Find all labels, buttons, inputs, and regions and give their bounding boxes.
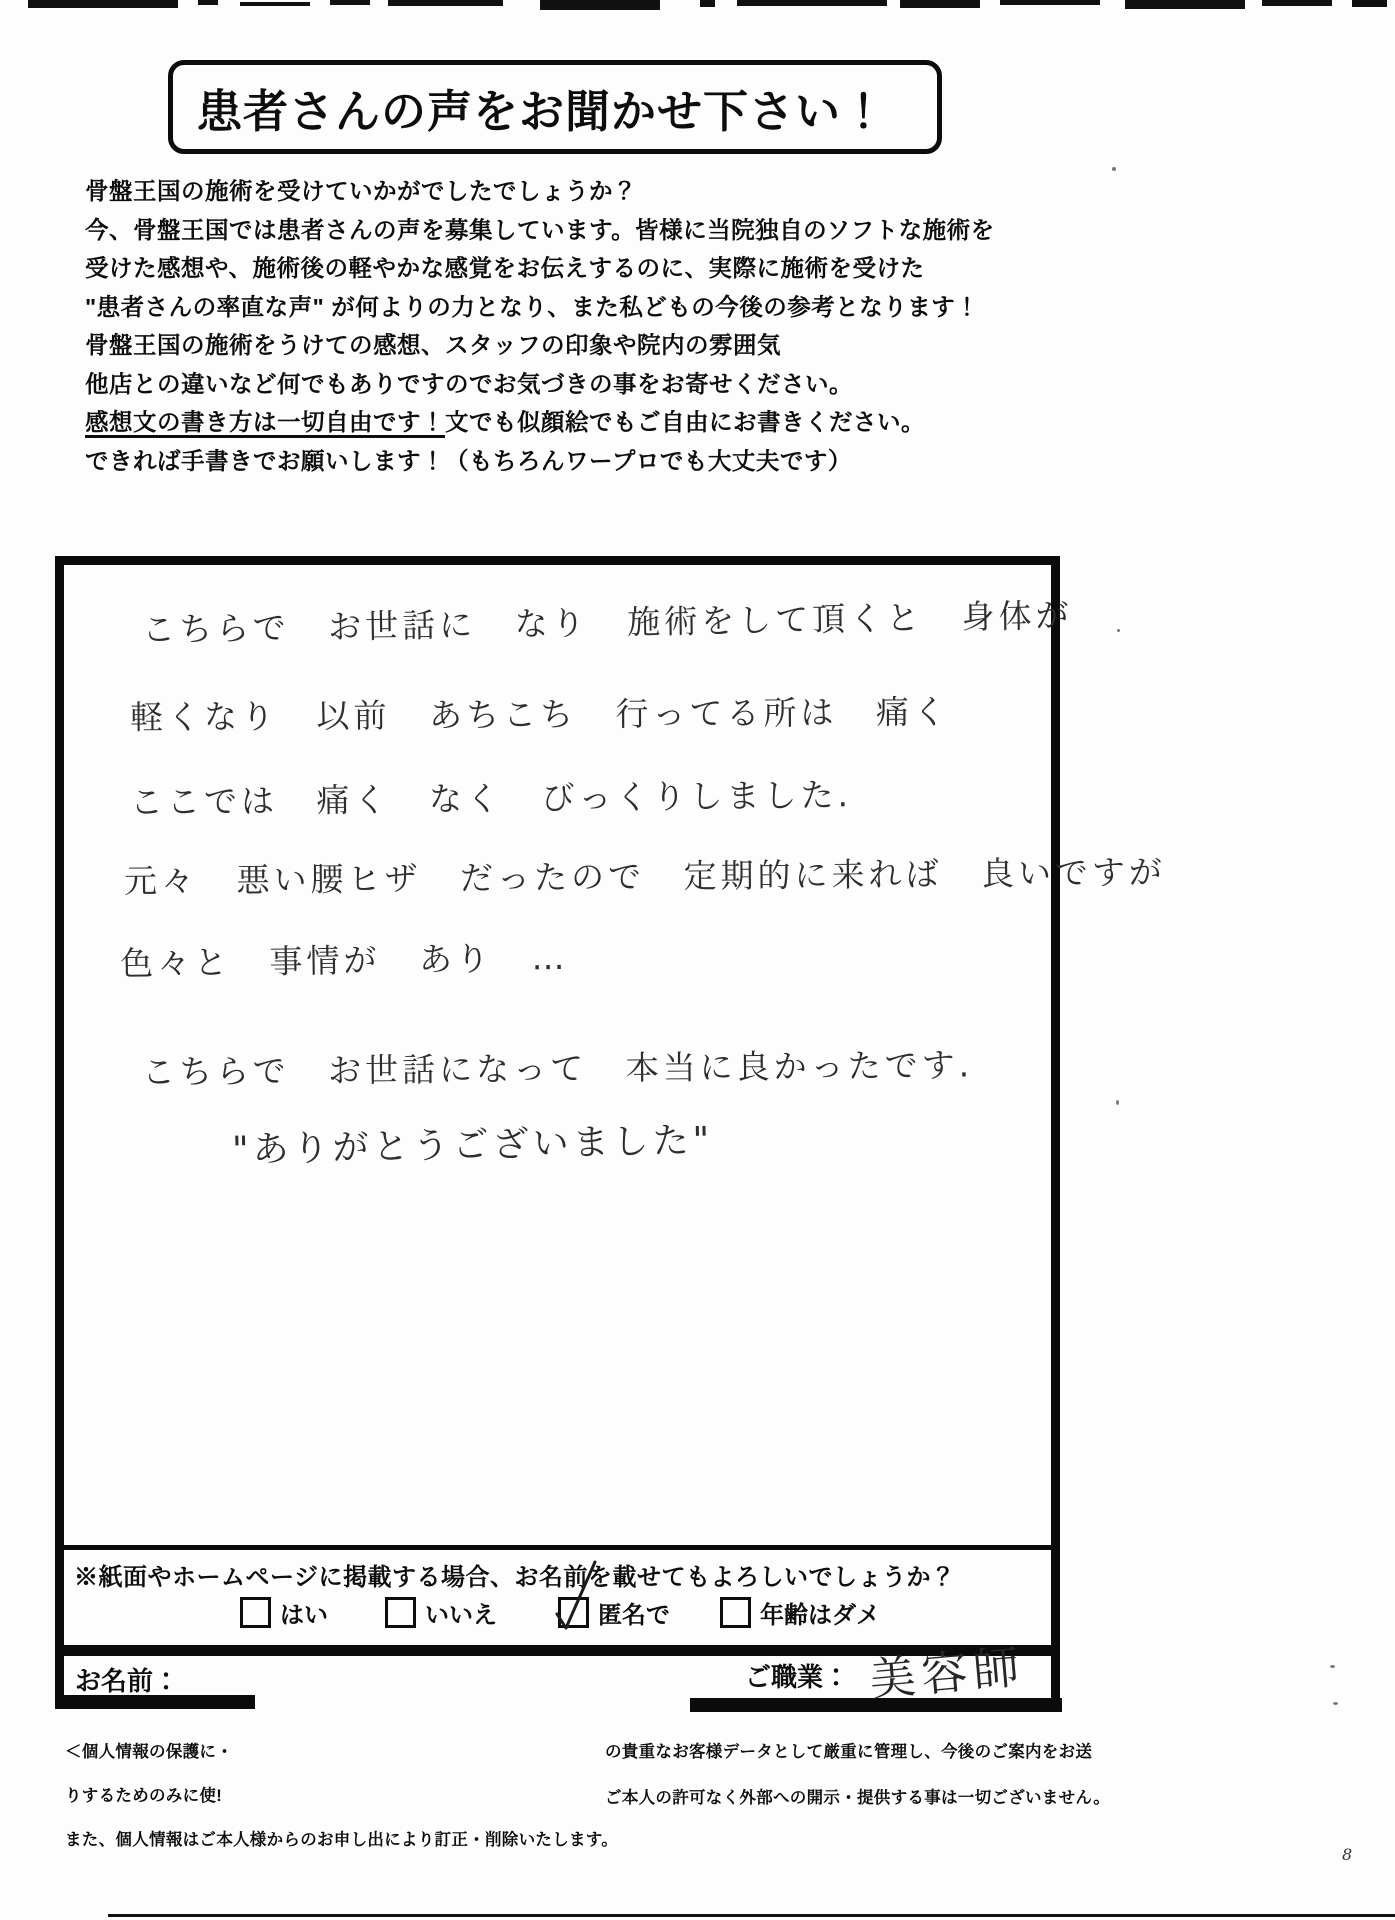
intro-line: 今、骨盤王国では患者さんの声を募集しています。皆様に当院独自のソフトな施術を [85,211,1085,250]
handwritten-line: ここでは 痛く なく びっくりしました. [130,769,852,824]
name-field-label: お名前： [75,1661,179,1698]
privacy-note-right: ご本人の許可なく外部への開示・提供する事は一切ございません。 [605,1784,1110,1808]
intro-line: 受けた感想や、施術後の軽やかな感覚をお伝えするのに、実際に施術を受けた [85,249,1085,288]
checkbox-option-yes: はい [240,1595,328,1630]
intro-line: 感想文の書き方は一切自由です！文でも似顔絵でもご自由にお書きください。 [85,403,1085,442]
handwritten-line: 元々 悪い腰ヒザ だったので 定期的に来れば 良いですが [124,846,1166,902]
handwritten-line: こちらで お世話になって 本当に良かったです. [142,1039,974,1093]
checkbox-option-no-age: 年齢はダメ [720,1595,880,1630]
intro-line: 骨盤王国の施術をうけての感想、スタッフの印象や院内の雰囲気 [85,326,1085,365]
intro-underlined-text: 感想文の書き方は一切自由です！ [85,409,445,435]
intro-line: 他店との違いなど何でもありですのでお気づきの事をお寄せください。 [85,365,1085,404]
privacy-note-left: ＜個人情報の保護に・ [65,1738,233,1762]
privacy-note-left: また、個人情報はご本人様からのお申し出により訂正・削除いたします。 [65,1826,618,1850]
checkbox-label: 年齢はダメ [760,1595,880,1630]
checkbox-icon [558,1597,589,1628]
checkbox-label: はい [280,1595,328,1630]
intro-line: "患者さんの率直な声" が何よりの力となり、また私どもの今後の参考となります！ [85,288,1085,327]
scanned-feedback-form: { "document": { "title": "患者さんの声をお聞かせ下さい… [0,0,1395,1920]
intro-line-rest: 文でも似顔絵でもご自由にお書きください。 [445,409,925,435]
section-divider [64,1545,1051,1550]
checkbox-label: いいえ [425,1595,497,1630]
intro-line: できれば手書きでお願いします！（もちろんワープロでも大丈夫です） [85,442,1085,481]
title-box: 患者さんの声をお聞かせ下さい！ [168,60,942,154]
scan-artifact [108,1914,1395,1917]
occupation-field-label: ご職業： [745,1657,849,1694]
checkbox-icon [385,1597,416,1628]
page-number: 8 [1342,1845,1352,1864]
checkbox-label: 匿名で [598,1595,670,1630]
privacy-note-left: りするためのみに使! [65,1782,222,1806]
checkbox-icon [720,1597,751,1628]
feedback-box: こちらで お世話に なり 施術をして頂くと 身体が 軽くなり 以前 あちこち 行… [55,556,1060,1705]
handwritten-line: 軽くなり 以前 あちこち 行ってる所は 痛く [130,686,950,739]
publish-consent-question: ※紙面やホームページに掲載する場合、お名前を載せてもよろしいでしょうか？ [74,1557,956,1592]
handwritten-line: "ありがとうございました" [232,1112,714,1173]
checkbox-option-no: いいえ [385,1595,497,1630]
checkbox-option-anonymous: 匿名で [558,1595,670,1630]
intro-line: 骨盤王国の施術を受けていかがでしたでしょうか？ [85,172,1085,211]
box-bottom-border [55,1695,255,1709]
checkbox-icon [240,1597,271,1628]
occupation-field-value-handwritten: 美容師 [866,1630,1027,1709]
handwritten-line: こちらで お世話に なり 施術をして頂くと 身体が [142,590,1073,652]
page-title: 患者さんの声をお聞かせ下さい！ [197,75,887,140]
handwritten-line: 色々と 事情が あり … [120,932,569,985]
privacy-note-right: の貴重なお客様データとして厳重に管理し、今後のご案内をお送 [605,1738,1092,1762]
check-mark-icon [553,1560,601,1638]
intro-paragraph: 骨盤王国の施術を受けていかがでしたでしょうか？ 今、骨盤王国では患者さんの声を募… [85,172,1085,480]
